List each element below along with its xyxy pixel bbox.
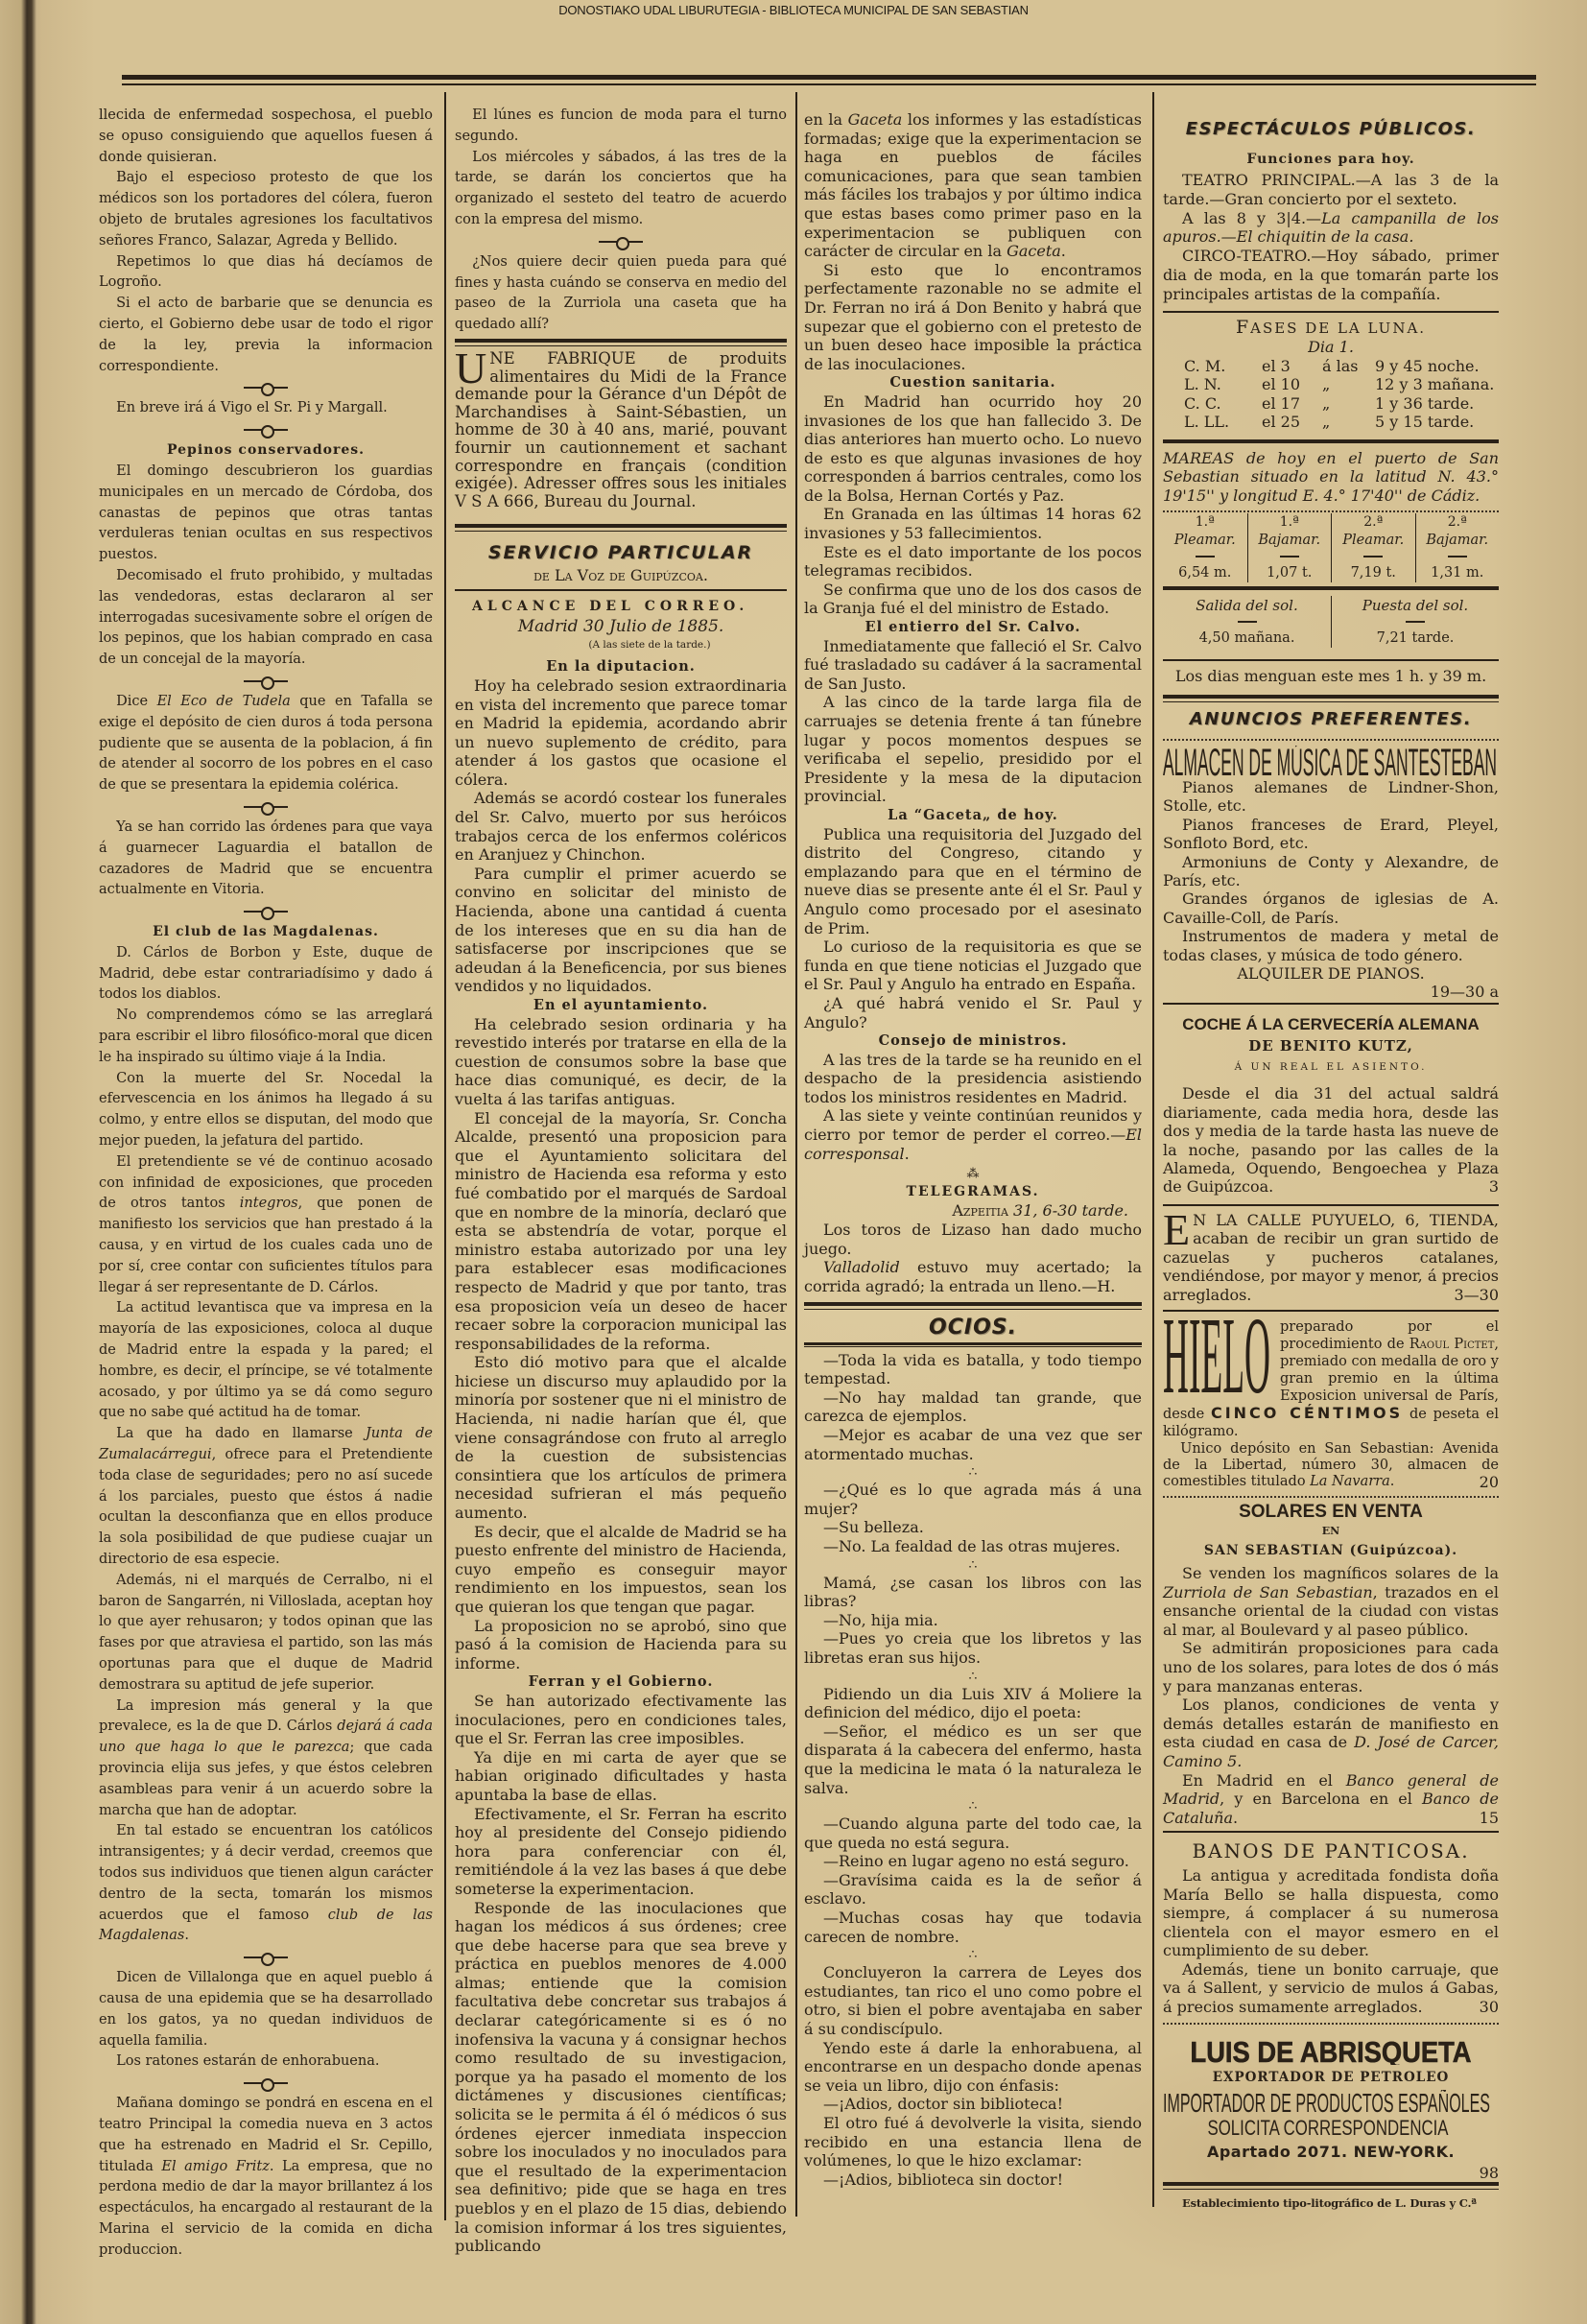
- french-classified-ad: UNE FABRIQUE de produits alimentaires du…: [455, 350, 787, 510]
- phase: C. C.: [1184, 394, 1262, 414]
- paragraph: La impresion más general y la que preval…: [99, 1696, 433, 1822]
- scroll-ornament-icon: [244, 383, 288, 392]
- telegrams-heading: TELEGRAMAS.: [804, 1182, 1142, 1201]
- ad-luis-de-abrisqueta: LUIS DE ABRISQUETA EXPORTADOR DE PETROLE…: [1163, 2036, 1499, 2182]
- ad-footer: ALQUILER DE PIANOS.: [1163, 964, 1499, 983]
- functions-heading: Funciones para hoy.: [1163, 150, 1499, 169]
- ad-hielo: HIELO preparado por el procedimiento de …: [1163, 1316, 1499, 1490]
- ornament-divider: [99, 1947, 433, 1968]
- ad-location: SAN SEBASTIAN (Guipúzcoa).: [1163, 1540, 1499, 1561]
- paragraph: Ya se han corrido las órdenes para que v…: [99, 818, 433, 901]
- tide-cell: 2.ªPleamar.7,19 t.: [1331, 513, 1415, 582]
- anecdote: Yendo este á darle la enhorabuena, al en…: [804, 2039, 1142, 2096]
- paragraph: Ya dije en mi carta de ayer que se habia…: [455, 1748, 787, 1805]
- ad-line: IMPORTADOR DE PRODUCTOS ESPAÑOLES: [1163, 2090, 1490, 2115]
- ad-text: Se admitirán proposiciones para cada uno…: [1163, 1639, 1499, 1696]
- thick-rule: [1163, 586, 1499, 590]
- tide-time: 1,07 t.: [1248, 563, 1332, 582]
- dash: [1332, 615, 1499, 628]
- tide-time: 1,31 m.: [1416, 563, 1500, 582]
- paragraph: Esto dió motivo para que el alcalde hici…: [455, 1353, 787, 1522]
- paragraph: A las tres de la tarde se ha reunido en …: [804, 1051, 1142, 1107]
- italic-text: Gaceta: [1007, 242, 1061, 260]
- paragraph: A las cinco de la tarde larga fila de ca…: [804, 693, 1142, 806]
- sunrise-cell: Salida del sol.4,50 mañana.: [1163, 596, 1331, 648]
- moon-row: C. C.el 17„1 y 36 tarde.: [1163, 394, 1499, 414]
- paragraph: Decomisado el fruto prohibido, y multada…: [99, 566, 433, 671]
- tide-label: Pleamar.: [1163, 531, 1247, 550]
- paragraph: En breve irá á Vigo el Sr. Pi y Margall.: [99, 398, 433, 419]
- section-title-ocios: OCIOS.: [804, 1314, 1142, 1342]
- ad-reference-number: 19—30 a: [1163, 983, 1499, 1002]
- paragraph: Dicen de Villalonga que en aquel pueblo …: [99, 1968, 433, 2051]
- paragraph: Los toros de Lizaso han dado mucho juego…: [804, 1221, 1142, 1258]
- scroll-ornament-icon: [244, 802, 288, 812]
- ad-line: EXPORTADOR DE PETROLEO: [1163, 2065, 1499, 2090]
- section-heading: En la diputacion.: [455, 657, 787, 676]
- ad-title-banner: ALMACEN DE MÚSICA DE SANTESTEBAN: [1163, 746, 1499, 778]
- ornament-divider: [99, 671, 433, 692]
- italic-text: integros: [240, 1196, 298, 1211]
- price-highlight: CINCO CÉNTIMOS: [1211, 1404, 1403, 1422]
- newspaper-page: DONOSTIAKO UDAL LIBURUTEGIA - BIBLIOTECA…: [0, 0, 1587, 2324]
- moon-day: Dia 1.: [1163, 338, 1499, 357]
- paragraph: en la Gaceta los informes y las estadíst…: [804, 110, 1142, 261]
- ad-text: En Madrid en el Banco general de Madrid,…: [1163, 1771, 1499, 1828]
- text: .: [905, 1145, 910, 1163]
- moon-phases-table: C. M.el 3á las9 y 45 noche. L. N.el 10„1…: [1163, 357, 1499, 432]
- ad-item: Instrumentos de madera y metal de todas …: [1163, 927, 1499, 964]
- dots-separator-icon: ∴: [804, 1946, 1142, 1963]
- column-3: en la Gaceta los informes y las estadíst…: [804, 106, 1142, 2189]
- shows-listing: TEATRO PRINCIPAL.—A las 3 de la tarde.—G…: [1163, 171, 1499, 304]
- ad-title: ALMACEN DE MÚSICA DE SANTESTEBAN: [1163, 746, 1497, 778]
- ad-body: Desde el dia 31 del actual saldrá diaria…: [1163, 1084, 1499, 1196]
- ad-line-banner: SOLICITA CORRESPONDENCIA: [1163, 2115, 1499, 2140]
- dash: [1332, 550, 1415, 563]
- ad-body: Pianos alemanes de Lindner-Shon, Stolle,…: [1163, 778, 1499, 1002]
- section-heading: En el ayuntamiento.: [455, 996, 787, 1015]
- anecdote: —¡Adios, doctor sin biblioteca!: [804, 2095, 1142, 2114]
- scroll-ornament-icon: [244, 676, 288, 686]
- paragraph: Bajo el especioso protesto de que los mé…: [99, 168, 433, 251]
- tide-label: Bajamar.: [1248, 531, 1332, 550]
- text: La que ha dado en llamarse: [116, 1426, 366, 1441]
- day: el 17: [1262, 394, 1322, 414]
- local-news-continued: El lúnes es funcion de moda para el turn…: [455, 106, 787, 336]
- column-4: ESPECTÁCULOS PÚBLICOS. Funciones para ho…: [1163, 106, 1499, 2213]
- ad-item: Grandes órganos de iglesias de A. Cavail…: [1163, 889, 1499, 927]
- ad-title-banner: HIELO: [1163, 1316, 1272, 1395]
- daylight-note: Los dias menguan este mes 1 h. y 39 m.: [1163, 667, 1499, 686]
- scroll-ornament-icon: [599, 237, 643, 247]
- text: , ofrece para el Pretendiente toda clase…: [99, 1447, 433, 1567]
- ad-text: Se venden los magníficos solares de la Z…: [1163, 1564, 1499, 1639]
- dash: [1248, 550, 1332, 563]
- ad-item: Pianos alemanes de Lindner-Shon, Stolle,…: [1163, 778, 1499, 816]
- paragraph: Los miércoles y sábados, á las tres de l…: [455, 148, 787, 231]
- moon-row: C. M.el 3á las9 y 45 noche.: [1163, 357, 1499, 376]
- paragraph: Se confirma que uno de los dos casos de …: [804, 581, 1142, 618]
- paragraph: Además se acordó costear los funerales d…: [455, 789, 787, 864]
- moon-row: L. LL.el 25„5 y 15 tarde.: [1163, 413, 1499, 432]
- ad-title: HIELO: [1163, 1316, 1270, 1395]
- paragraph: La actitud levantisca que va impresa en …: [99, 1298, 433, 1424]
- time: 12 y 3 mañana.: [1375, 375, 1499, 394]
- aphorism: —Toda la vida es batalla, y todo tiempo …: [804, 1351, 1142, 1388]
- phase: L. N.: [1184, 375, 1262, 394]
- paragraph: La que ha dado en llamarse Junta de Zuma…: [99, 1424, 433, 1571]
- tide-time: 6,54 m.: [1163, 563, 1247, 582]
- dots-separator-icon: ∴: [804, 1463, 1142, 1481]
- text: A las 8 y 3|4.—: [1182, 209, 1321, 227]
- paragraph: Lo curioso de la requisitoria es que se …: [804, 937, 1142, 994]
- ornament-divider: [99, 377, 433, 398]
- ad-title: SOLARES EN VENTA: [1163, 1502, 1499, 1523]
- dash: [1163, 550, 1247, 563]
- tide-time: 7,19 t.: [1332, 563, 1415, 582]
- section-heading: Consejo de ministros.: [804, 1032, 1142, 1051]
- paragraph: Para cumplir el primer acuerdo se convin…: [455, 865, 787, 996]
- italic-text: Zurriola de San Sebastian: [1163, 1583, 1373, 1601]
- madrid-dispatch: En la diputacion. Hoy ha celebrado sesio…: [455, 657, 787, 2255]
- section-heading: Ferran y el Gobierno.: [455, 1672, 787, 1692]
- paragraph: No comprendemos cómo se las arreglará pa…: [99, 1006, 433, 1068]
- page-binding-edge: [0, 0, 42, 2324]
- tides-table: 1.ªPleamar.6,54 m. 1.ªBajamar.1,07 t. 2.…: [1163, 513, 1499, 582]
- italic-text: El amigo Fritz: [161, 2159, 269, 2174]
- double-rule: [1163, 2182, 1499, 2190]
- madrid-dispatch-continued: en la Gaceta los informes y las estadíst…: [804, 110, 1142, 1296]
- paragraph: Publica una requisitoria del Juzgado del…: [804, 825, 1142, 938]
- printer-imprint: Establecimiento tipo-litográfico de L. D…: [1163, 2194, 1499, 2213]
- alcance-heading: ALCANCE DEL CORREO.: [455, 597, 787, 616]
- aphorism: —Muchas cosas hay que todavia carecen de…: [804, 1909, 1142, 1946]
- dots-separator-icon: ∴: [804, 1668, 1142, 1685]
- aphorism: —Gravísima caida es la de señor á esclav…: [804, 1871, 1142, 1909]
- ad-text: Los planos, condiciones de venta y demás…: [1163, 1696, 1499, 1770]
- paragraph: Repetimos lo que dias há decíamos de Log…: [99, 252, 433, 295]
- sunset-time: 7,21 tarde.: [1332, 628, 1499, 648]
- section-heading: La “Gaceta„ de hoy.: [804, 806, 1142, 825]
- ornament-divider: [99, 796, 433, 818]
- rule: [1163, 1204, 1499, 1206]
- paragraph: Con la muerte del Sr. Nocedal la eferves…: [99, 1069, 433, 1152]
- time: 9 y 45 noche.: [1375, 357, 1499, 376]
- sunset-label: Puesta del sol.: [1332, 596, 1499, 615]
- column-divider: [444, 92, 446, 2220]
- tide-cell: 2.ªBajamar.1,31 m.: [1415, 513, 1500, 582]
- telegram-date: 31, 6-30 tarde.: [1008, 1201, 1128, 1220]
- dots-separator-icon: ∴: [804, 1797, 1142, 1814]
- ad-line-banner: IMPORTADOR DE PRODUCTOS ESPAÑOLES: [1163, 2090, 1499, 2115]
- anecdote: —¡Adios, biblioteca sin doctor!: [804, 2170, 1142, 2190]
- scroll-ornament-icon: [244, 1953, 288, 1962]
- moon-row: L. N.el 10„12 y 3 mañana.: [1163, 375, 1499, 394]
- paragraph: ¿A qué habrá venido el Sr. Paul y Angulo…: [804, 994, 1142, 1032]
- paragraph: llecida de enfermedad sospechosa, el pue…: [99, 106, 433, 168]
- aphorism: —No, hija mia.: [804, 1611, 1142, 1630]
- ad-title-banner: LUIS DE ABRISQUETA: [1163, 2036, 1499, 2065]
- ad-coche-cerveceria: COCHE Á LA CERVECERÍA ALEMANA DE BENITO …: [1163, 1014, 1499, 1196]
- ornament-divider: [99, 419, 433, 440]
- rule: [1163, 311, 1499, 313]
- paragraph: Dice El Eco de Tudela que en Tafalla se …: [99, 692, 433, 796]
- text: N LA CALLE PUYUELO, 6, TIENDA, acaban de…: [1163, 1211, 1499, 1304]
- drop-cap: U: [455, 351, 486, 386]
- ad-line: SOLICITA CORRESPONDENCIA: [1208, 2116, 1449, 2140]
- sun-table: Salida del sol.4,50 mañana. Puesta del s…: [1163, 596, 1499, 648]
- rule: [1163, 1310, 1499, 1312]
- aphorism: —Pues yo creia que los libretos y las li…: [804, 1629, 1142, 1667]
- scroll-ornament-icon: [244, 907, 288, 916]
- dotted-rule: [1163, 1496, 1499, 1498]
- paragraph: El lúnes es funcion de moda para el turn…: [455, 106, 787, 148]
- ad-price: Á UN REAL EL ASIENTO.: [1163, 1056, 1499, 1078]
- text: En Madrid en el: [1182, 1771, 1346, 1790]
- ad-body: Se venden los magníficos solares de la Z…: [1163, 1564, 1499, 1827]
- double-rule: [1163, 695, 1499, 702]
- section-heading: Pepinos conservadores.: [99, 440, 433, 462]
- ad-body: La antigua y acreditada fondista doña Ma…: [1163, 1866, 1499, 2016]
- dispatch-time: (A las siete de la tarde.): [455, 637, 787, 652]
- paragraph: Hoy ha celebrado sesion extraordinaria e…: [455, 676, 787, 790]
- sunrise-time: 4,50 mañana.: [1163, 628, 1331, 648]
- paragraph: La proposicion no se aprobó, sino que pa…: [455, 1617, 787, 1673]
- telegram-place: Azpeitia: [952, 1201, 1008, 1220]
- paragraph: Este es el dato importante de los pocos …: [804, 543, 1142, 581]
- tide-label: Bajamar.: [1416, 531, 1500, 550]
- ad-subtitle: DE BENITO KUTZ,: [1163, 1035, 1499, 1056]
- tide-cell: 1.ªPleamar.6,54 m.: [1163, 513, 1247, 582]
- dateline: Madrid 30 Julio de 1885.: [455, 616, 787, 637]
- sunset-cell: Puesta del sol.7,21 tarde.: [1331, 596, 1499, 648]
- ad-title: BANOS DE PANTICOSA.: [1163, 1838, 1499, 1863]
- paragraph: El concejal de la mayoría, Sr. Concha Al…: [455, 1109, 787, 1354]
- column-1-local-news: llecida de enfermedad sospechosa, el pue…: [99, 106, 433, 2262]
- text: Dice: [116, 694, 156, 709]
- dotted-rule: [1163, 2023, 1499, 2025]
- time: 1 y 36 tarde.: [1375, 394, 1499, 414]
- circus-listing: CIRCO-TEATRO.—Hoy sábado, primer dia de …: [1163, 247, 1499, 303]
- aphorism: Pidiendo un dia Luis XIV á Moliere la de…: [804, 1685, 1142, 1722]
- aphorism: —Cuando alguna parte del todo cae, la qu…: [804, 1814, 1142, 1852]
- day: el 10: [1262, 375, 1322, 394]
- at: á las: [1322, 357, 1375, 376]
- ad-calle-puyuelo: EN LA CALLE PUYUELO, 6, TIENDA, acaban d…: [1163, 1211, 1499, 1305]
- at: „: [1322, 394, 1375, 414]
- double-rule: [804, 1302, 1142, 1310]
- tide-ordinal: 2.ª: [1416, 513, 1500, 531]
- italic-text: La Navarra: [1310, 1474, 1390, 1489]
- ad-address: Apartado 2071. NEW-YORK.: [1163, 2140, 1499, 2165]
- ad-text: EN LA CALLE PUYUELO, 6, TIENDA, acaban d…: [1163, 1211, 1499, 1305]
- drop-cap: E: [1163, 1212, 1190, 1248]
- text: .: [184, 1928, 189, 1943]
- text: .: [1061, 242, 1066, 260]
- ad-item: Pianos franceses de Erard, Pleyel, Sonfl…: [1163, 816, 1499, 853]
- asterism-icon: ⁂: [804, 1167, 1142, 1182]
- paragraph: Si el acto de barbarie que se denuncia e…: [99, 294, 433, 377]
- day: el 25: [1262, 413, 1322, 432]
- paragraph: En tal estado se encuentran los católico…: [99, 1821, 433, 1947]
- tide-ordinal: 1.ª: [1248, 513, 1332, 531]
- paragraph: Si esto que lo encontramos perfectamente…: [804, 261, 1142, 374]
- aphorism: —No. La fealdad de las otras mujeres.: [804, 1537, 1142, 1556]
- anecdote: El otro fué á devolverle la visita, sien…: [804, 2114, 1142, 2170]
- aphorism: —¿Qué es lo que agrada más á una mujer?: [804, 1481, 1142, 1518]
- section-heading: El club de las Magdalenas.: [99, 922, 433, 943]
- dots-separator-icon: ∴: [804, 1556, 1142, 1574]
- paragraph: En Granada en las últimas 14 horas 62 in…: [804, 505, 1142, 542]
- paragraph: El pretendiente se vé de continuo acosad…: [99, 1152, 433, 1299]
- dotted-rule: [1163, 739, 1499, 741]
- theatre-listing: TEATRO PRINCIPAL.—A las 3 de la tarde.—G…: [1163, 171, 1499, 209]
- sunrise-label: Salida del sol.: [1163, 596, 1331, 615]
- time: 5 y 15 tarde.: [1375, 413, 1499, 432]
- double-rule: [455, 339, 787, 346]
- text: , y en Barcelona en el: [1220, 1790, 1422, 1808]
- rule: [1163, 1831, 1499, 1833]
- paragraph: Efectivamente, el Sr. Ferran ha escrito …: [455, 1805, 787, 1899]
- rule: [455, 589, 787, 591]
- text: A las siete y veinte continúan reunidos …: [804, 1106, 1142, 1144]
- paragraph: En Madrid han ocurrido hoy 20 invasiones…: [804, 392, 1142, 506]
- aphorism: —No hay maldad tan grande, que carezca d…: [804, 1388, 1142, 1426]
- ad-text: NE FABRIQUE de produits alimentaires du …: [455, 349, 787, 510]
- paragraph: Responde de las inoculaciones que hagan …: [455, 1899, 787, 2256]
- paragraph: Mañana domingo se pondrá en escena en el…: [99, 2094, 433, 2261]
- inventor-name: Raoul Pictet: [1409, 1337, 1495, 1352]
- text: .: [1233, 1809, 1238, 1827]
- ad-text: La antigua y acreditada fondista doña Ma…: [1163, 1866, 1499, 1960]
- ornament-divider: [455, 231, 787, 252]
- paragraph: ¿Nos quiere decir quien pueda para qué f…: [455, 252, 787, 336]
- ornament-divider: [99, 901, 433, 922]
- paragraph: Además, ni el marqués de Cerralbo, ni el…: [99, 1571, 433, 1696]
- day: el 3: [1262, 357, 1322, 376]
- double-rule: [455, 524, 787, 532]
- paragraph: Los ratones estarán de enhorabuena.: [99, 2051, 433, 2073]
- ad-almacen-musica: ALMACEN DE MÚSICA DE SANTESTEBAN Pianos …: [1163, 746, 1499, 1002]
- ad-banos-panticosa: BANOS DE PANTICOSA. La antigua y acredit…: [1163, 1838, 1499, 2016]
- ad-reference-number: 98: [1163, 2165, 1499, 2182]
- paragraph: Valladolid estuvo muy acertado; la corri…: [804, 1258, 1142, 1295]
- ad-title: COCHE Á LA CERVECERÍA ALEMANA: [1163, 1014, 1499, 1035]
- anecdote: Concluyeron la carrera de Leyes dos estu…: [804, 1963, 1142, 2038]
- paragraph: Ha celebrado sesion ordinaria y ha reves…: [455, 1015, 787, 1109]
- at: „: [1322, 375, 1375, 394]
- dash: [1416, 550, 1500, 563]
- paragraph: Es decir, que el alcalde de Madrid se ha…: [455, 1523, 787, 1617]
- italic-text: Gaceta: [848, 110, 903, 129]
- ad-text: Desde el dia 31 del actual saldrá diaria…: [1163, 1084, 1499, 1196]
- rule: [1163, 659, 1499, 661]
- tide-cell: 1.ªBajamar.1,07 t.: [1247, 513, 1332, 582]
- section-heading: El entierro del Sr. Calvo.: [804, 618, 1142, 637]
- ocios-section: —Toda la vida es batalla, y todo tiempo …: [804, 1351, 1142, 2190]
- dotted-rule: [1163, 510, 1499, 512]
- ad-text: Unico depósito en San Sebastian: Avenida…: [1163, 1441, 1499, 1490]
- text: .: [1390, 1474, 1395, 1489]
- section-title-servicio-particular: SERVICIO PARTICULAR: [455, 539, 787, 566]
- aphorism: —Reino en lugar ageno no está seguro.: [804, 1852, 1142, 1871]
- tide-ordinal: 2.ª: [1332, 513, 1415, 531]
- section-title-espectaculos: ESPECTÁCULOS PÚBLICOS.: [1163, 117, 1499, 142]
- tide-label: Pleamar.: [1332, 531, 1415, 550]
- aphorism: —Mejor es acabar de una vez que ser ator…: [804, 1426, 1142, 1463]
- tide-ordinal: 1.ª: [1163, 513, 1247, 531]
- double-rule: [804, 1342, 1142, 1347]
- moon-phases-title: FASES DE LA LUNA.: [1163, 318, 1499, 338]
- italic-text: Valladolid: [823, 1258, 900, 1276]
- text: en la: [804, 110, 848, 129]
- thick-rule: [1163, 439, 1499, 443]
- aphorism: —Señor, el médico es un ser que disparat…: [804, 1722, 1142, 1797]
- rule: [1163, 1003, 1499, 1005]
- text: los informes y las estadísticas formadas…: [804, 110, 1142, 260]
- section-subtitle: de La Voz de Guipúzcoa.: [455, 566, 787, 585]
- dash: [1163, 615, 1331, 628]
- italic-text: El Eco de Tudela: [157, 694, 291, 709]
- header-double-rule: [122, 75, 1536, 85]
- ad-solares-en-venta: SOLARES EN VENTA EN SAN SEBASTIAN (Guipú…: [1163, 1502, 1499, 1827]
- archive-title: DONOSTIAKO UDAL LIBURUTEGIA - BIBLIOTECA…: [0, 3, 1587, 17]
- section-title-anuncios: ANUNCIOS PREFERENTES.: [1163, 706, 1499, 733]
- ad-item: Armoniuns de Conty y Alexandre, de París…: [1163, 853, 1499, 890]
- tides-description: MAREAS de hoy en el puerto de San Sebast…: [1163, 449, 1499, 506]
- ad-text: Además, tiene un bonito carruaje, que va…: [1163, 1960, 1499, 2017]
- paragraph: D. Cárlos de Borbon y Este, duque de Mad…: [99, 943, 433, 1006]
- column-divider: [795, 92, 797, 2217]
- column-divider: [1152, 92, 1154, 2207]
- ad-title: LUIS DE ABRISQUETA: [1191, 2036, 1472, 2065]
- column-2: El lúnes es funcion de moda para el turn…: [455, 106, 787, 2256]
- section-heading: Cuestion sanitaria.: [804, 373, 1142, 392]
- scroll-ornament-icon: [244, 2078, 288, 2088]
- aphorism: —Su belleza.: [804, 1518, 1142, 1537]
- paragraph: A las siete y veinte continúan reunidos …: [804, 1106, 1142, 1163]
- ornament-divider: [99, 2073, 433, 2094]
- scroll-ornament-icon: [244, 425, 288, 435]
- at: „: [1322, 413, 1375, 432]
- phase: C. M.: [1184, 357, 1262, 376]
- paragraph: El domingo descubrieron los guardias mun…: [99, 462, 433, 566]
- ad-title-connector: EN: [1163, 1523, 1499, 1540]
- aphorism: Mamá, ¿se casan los libros con las libra…: [804, 1574, 1142, 1611]
- paragraph: Inmediatamente que falleció el Sr. Calvo…: [804, 637, 1142, 694]
- phase: L. LL.: [1184, 413, 1262, 432]
- text: Se venden los magníficos solares de la: [1182, 1564, 1499, 1582]
- telegram-dateline: Azpeitia 31, 6-30 tarde.: [804, 1201, 1142, 1221]
- theatre-evening-listing: A las 8 y 3|4.—La campanilla de los apur…: [1163, 209, 1499, 248]
- paragraph: Se han autorizado efectivamente las inoc…: [455, 1692, 787, 1748]
